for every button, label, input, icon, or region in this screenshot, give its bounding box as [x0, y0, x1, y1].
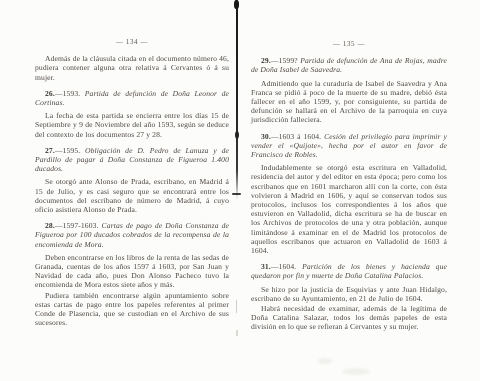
entry-heading-30: 30.—1603 á 1604. Cesión del privilegio p… [251, 132, 447, 160]
entry-heading-26: 26.—1593. Partida de defunción de Doña L… [35, 89, 229, 107]
paragraph: Deben encontrarse en los libros de la re… [35, 253, 229, 290]
entry-date: —1593. [55, 89, 80, 98]
entry-heading-28: 28.—1597-1603. Cartas de pago de Doña Co… [35, 221, 229, 249]
right-page: — 135 — 29.—1599? Partida de defunción d… [251, 40, 447, 333]
paragraph: Se otorgó ante Alonso de Prada, escriban… [35, 177, 229, 214]
entry-heading-29: 29.—1599? Partida de defunción de Ana de… [251, 56, 447, 74]
paragraph: Indudablemente se otorgó esta escritura … [251, 163, 447, 255]
spine-ink-blot [234, 0, 239, 9]
book-spine-shadow [236, 0, 238, 200]
entry-heading-27: 27.—1595. Obligación de D. Pedro de Lanu… [35, 146, 229, 174]
spine-ink-blot [232, 193, 241, 195]
paragraph: Pudiera también encontrarse algún apunta… [35, 291, 229, 328]
page-number-right: — 135 — [251, 40, 447, 49]
entry-date: —1604. [271, 262, 296, 271]
entry-date: —1603 á 1604. [271, 132, 321, 141]
entry-number: 29. [261, 56, 271, 65]
scan-smudge [318, 358, 332, 364]
entry-number: 27. [45, 146, 55, 155]
paragraph: Admitiendo que la curaduría de Isabel de… [251, 79, 447, 125]
entry-date: —1597-1603. [55, 221, 99, 230]
entry-date: —1595. [55, 146, 80, 155]
spine-faint-mark [236, 300, 237, 313]
paragraph: Se hizo por la justicia de Esquivias y a… [251, 285, 447, 303]
entry-number: 30. [261, 132, 271, 141]
scan-smudge [342, 368, 370, 375]
left-page: — 134 — Además de la cláusula citada en … [35, 38, 229, 328]
spine-faint-mark [236, 330, 238, 336]
page-number-left: — 134 — [35, 38, 229, 47]
paragraph: Además de la cláusula citada en el docum… [35, 54, 229, 82]
paragraph: La fecha de esta partida se encierra ent… [35, 111, 229, 139]
book-scan: — 134 — Además de la cláusula citada en … [0, 0, 480, 381]
paragraph: Habrá necesidad de examinar, además de l… [251, 304, 447, 332]
spine-ink-blot [235, 131, 239, 139]
entry-number: 28. [45, 221, 55, 230]
entry-number: 26. [45, 89, 55, 98]
entry-heading-31: 31.—1604. Partición de los bienes y haci… [251, 262, 447, 280]
entry-number: 31. [261, 262, 271, 271]
entry-date: —1599? [271, 56, 298, 65]
